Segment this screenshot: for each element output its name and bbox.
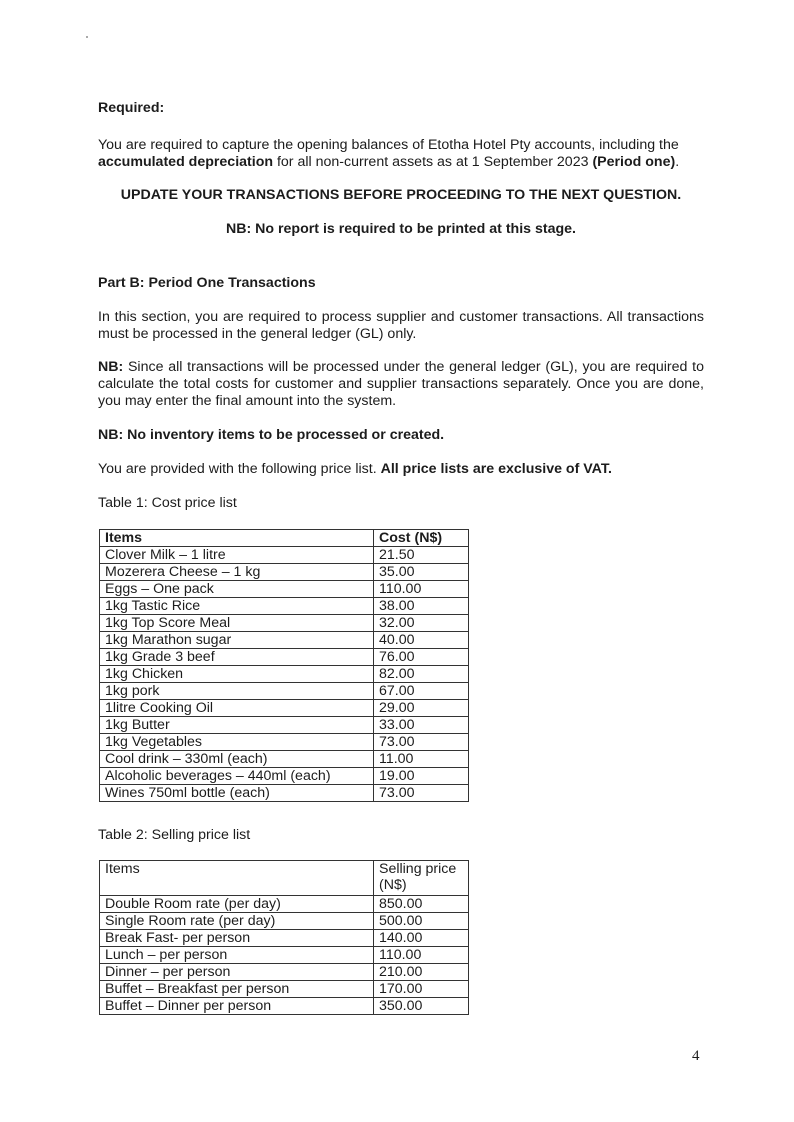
price-cell: 76.00 xyxy=(374,649,469,666)
table-row: Lunch – per person110.00 xyxy=(100,947,469,964)
table-row: Dinner – per person210.00 xyxy=(100,964,469,981)
table-row: 1kg Tastic Rice38.00 xyxy=(100,598,469,615)
table-row: Single Room rate (per day)500.00 xyxy=(100,913,469,930)
table2-caption: Table 2: Selling price list xyxy=(98,827,704,844)
page-number: 4 xyxy=(692,1048,700,1065)
price-cell: 210.00 xyxy=(374,964,469,981)
item-cell: Eggs – One pack xyxy=(100,581,374,598)
table-row: Break Fast- per person140.00 xyxy=(100,930,469,947)
update-notice: UPDATE YOUR TRANSACTIONS BEFORE PROCEEDI… xyxy=(98,187,704,204)
item-cell: 1kg Tastic Rice xyxy=(100,598,374,615)
price-cell: 170.00 xyxy=(374,981,469,998)
required-paragraph: You are required to capture the opening … xyxy=(98,137,704,171)
table1-caption: Table 1: Cost price list xyxy=(98,495,704,512)
price-cell: 40.00 xyxy=(374,632,469,649)
price-cell: 350.00 xyxy=(374,998,469,1015)
scan-speck xyxy=(86,36,88,38)
item-cell: 1kg Grade 3 beef xyxy=(100,649,374,666)
nb-gl-paragraph: NB: Since all transactions will be proce… xyxy=(98,359,704,410)
required-bold-1: accumulated depreciation xyxy=(98,154,273,170)
item-cell: Alcoholic beverages – 440ml (each) xyxy=(100,768,374,785)
item-cell: Dinner – per person xyxy=(100,964,374,981)
column-header-selling-price: Selling price (N$) xyxy=(374,861,469,896)
item-cell: Break Fast- per person xyxy=(100,930,374,947)
nb-inventory-text: No inventory items to be processed or cr… xyxy=(123,427,444,443)
table-row: 1kg Grade 3 beef76.00 xyxy=(100,649,469,666)
item-cell: Clover Milk – 1 litre xyxy=(100,547,374,564)
table-row: 1kg Marathon sugar40.00 xyxy=(100,632,469,649)
part-b-heading: Part B: Period One Transactions xyxy=(98,275,704,292)
price-cell: 67.00 xyxy=(374,683,469,700)
required-heading-text: Required: xyxy=(98,100,164,116)
table-row: 1kg Top Score Meal32.00 xyxy=(100,615,469,632)
price-cell: 38.00 xyxy=(374,598,469,615)
nb-gl-text: Since all transactions will be processed… xyxy=(98,359,704,409)
price-intro-bold: All price lists are exclusive of VAT. xyxy=(381,461,612,477)
item-cell: Lunch – per person xyxy=(100,947,374,964)
table-row: Mozerera Cheese – 1 kg35.00 xyxy=(100,564,469,581)
item-cell: 1kg Vegetables xyxy=(100,734,374,751)
item-cell: 1kg Butter xyxy=(100,717,374,734)
cost-price-table: Items Cost (N$) Clover Milk – 1 litre21.… xyxy=(99,529,469,802)
table-row: Clover Milk – 1 litre21.50 xyxy=(100,547,469,564)
price-intro-text: You are provided with the following pric… xyxy=(98,461,381,477)
price-cell: 73.00 xyxy=(374,785,469,802)
price-list-intro: You are provided with the following pric… xyxy=(98,461,704,478)
table-row: 1kg Butter33.00 xyxy=(100,717,469,734)
nb-label: NB: xyxy=(98,427,123,443)
table-header-row: Items Cost (N$) xyxy=(100,530,469,547)
table-header-row: Items Selling price (N$) xyxy=(100,861,469,896)
table-row: 1kg pork67.00 xyxy=(100,683,469,700)
part-b-intro: In this section, you are required to pro… xyxy=(98,309,704,343)
required-text-1: You are required to capture the opening … xyxy=(98,137,679,153)
price-cell: 73.00 xyxy=(374,734,469,751)
required-text-2: for all non-current assets as at 1 Septe… xyxy=(273,154,592,170)
price-cell: 19.00 xyxy=(374,768,469,785)
item-cell: Mozerera Cheese – 1 kg xyxy=(100,564,374,581)
price-cell: 140.00 xyxy=(374,930,469,947)
nb-label: NB: xyxy=(98,359,123,375)
price-cell: 850.00 xyxy=(374,896,469,913)
price-cell: 33.00 xyxy=(374,717,469,734)
price-cell: 500.00 xyxy=(374,913,469,930)
nb-report-notice: NB: No report is required to be printed … xyxy=(98,221,704,238)
table-row: 1kg Chicken82.00 xyxy=(100,666,469,683)
item-cell: 1kg pork xyxy=(100,683,374,700)
column-header-items: Items xyxy=(100,861,374,896)
table-row: Alcoholic beverages – 440ml (each)19.00 xyxy=(100,768,469,785)
table-row: 1litre Cooking Oil29.00 xyxy=(100,700,469,717)
required-bold-2: (Period one) xyxy=(592,154,675,170)
table-row: Double Room rate (per day)850.00 xyxy=(100,896,469,913)
item-cell: 1kg Marathon sugar xyxy=(100,632,374,649)
item-cell: Cool drink – 330ml (each) xyxy=(100,751,374,768)
item-cell: 1kg Top Score Meal xyxy=(100,615,374,632)
item-cell: Buffet – Breakfast per person xyxy=(100,981,374,998)
price-cell: 35.00 xyxy=(374,564,469,581)
price-cell: 82.00 xyxy=(374,666,469,683)
item-cell: 1kg Chicken xyxy=(100,666,374,683)
table-row: Eggs – One pack110.00 xyxy=(100,581,469,598)
required-text-end: . xyxy=(675,154,679,170)
table-row: Buffet – Breakfast per person170.00 xyxy=(100,981,469,998)
price-cell: 32.00 xyxy=(374,615,469,632)
item-cell: Single Room rate (per day) xyxy=(100,913,374,930)
item-cell: Buffet – Dinner per person xyxy=(100,998,374,1015)
column-header-cost: Cost (N$) xyxy=(374,530,469,547)
table-row: Buffet – Dinner per person350.00 xyxy=(100,998,469,1015)
item-cell: Wines 750ml bottle (each) xyxy=(100,785,374,802)
item-cell: 1litre Cooking Oil xyxy=(100,700,374,717)
price-cell: 110.00 xyxy=(374,581,469,598)
price-cell: 29.00 xyxy=(374,700,469,717)
nb-inventory-paragraph: NB: No inventory items to be processed o… xyxy=(98,427,704,444)
price-cell: 110.00 xyxy=(374,947,469,964)
required-heading: Required: xyxy=(98,100,704,117)
price-cell: 11.00 xyxy=(374,751,469,768)
column-header-items: Items xyxy=(100,530,374,547)
selling-price-table: Items Selling price (N$) Double Room rat… xyxy=(99,860,469,1015)
price-cell: 21.50 xyxy=(374,547,469,564)
table-row: Cool drink – 330ml (each)11.00 xyxy=(100,751,469,768)
table-row: Wines 750ml bottle (each)73.00 xyxy=(100,785,469,802)
item-cell: Double Room rate (per day) xyxy=(100,896,374,913)
table-row: 1kg Vegetables73.00 xyxy=(100,734,469,751)
